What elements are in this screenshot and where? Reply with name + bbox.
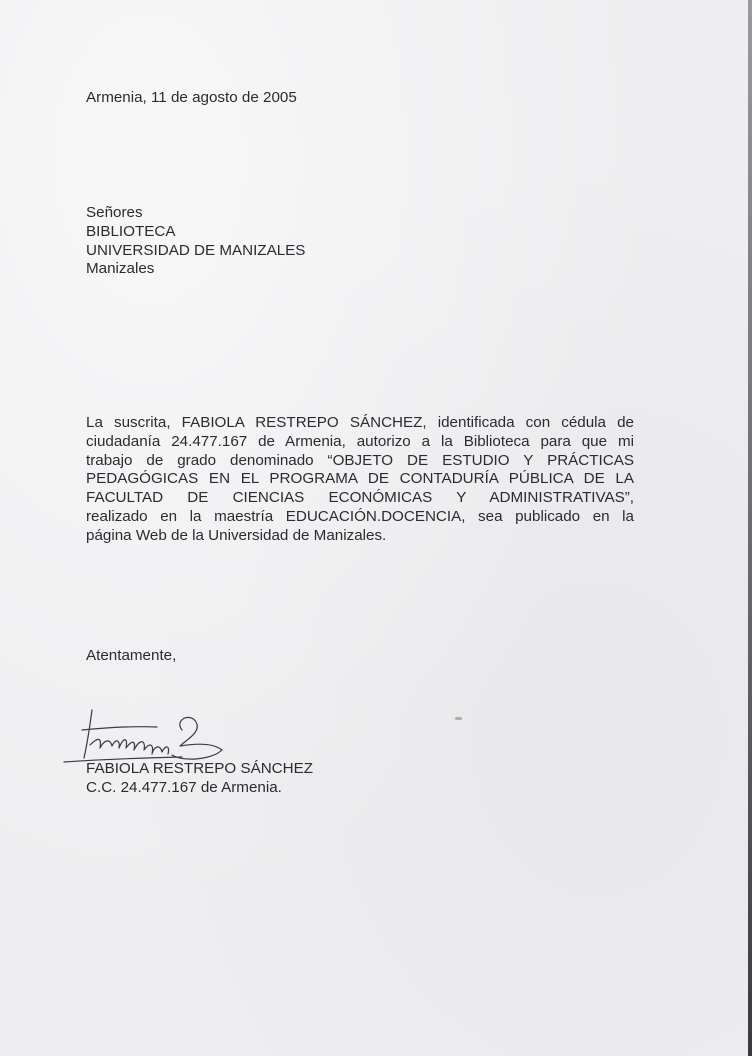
- scan-edge: [748, 0, 752, 1056]
- body-paragraph: La suscrita, FABIOLA RESTREPO SÁNCHEZ, i…: [86, 414, 634, 546]
- closing: Atentamente,: [86, 647, 176, 666]
- recipient-block: Señores BIBLIOTECA UNIVERSIDAD DE MANIZA…: [86, 204, 305, 279]
- body-line: trabajo de grado denominado “OBJETO DE E…: [86, 452, 634, 471]
- body-line: realizado en la maestría EDUCACIÓN.DOCEN…: [86, 508, 634, 527]
- recipient-line1: BIBLIOTECA: [86, 223, 305, 242]
- scanned-letter-page: Armenia, 11 de agosto de 2005 Señores BI…: [0, 0, 748, 1056]
- recipient-city: Manizales: [86, 260, 305, 279]
- recipient-salutation: Señores: [86, 204, 305, 223]
- body-line: PEDAGÓGICAS EN EL PROGRAMA DE CONTADURÍA…: [86, 470, 634, 489]
- scan-artifact: [455, 717, 462, 720]
- signer-id: C.C. 24.477.167 de Armenia.: [86, 779, 282, 798]
- body-line: ciudadanía 24.477.167 de Armenia, autori…: [86, 433, 634, 452]
- body-line: La suscrita, FABIOLA RESTREPO SÁNCHEZ, i…: [86, 414, 634, 433]
- body-line: página Web de la Universidad de Manizale…: [86, 527, 634, 546]
- recipient-line2: UNIVERSIDAD DE MANIZALES: [86, 242, 305, 261]
- place-date: Armenia, 11 de agosto de 2005: [86, 89, 297, 108]
- body-line: FACULTAD DE CIENCIAS ECONÓMICAS Y ADMINI…: [86, 489, 634, 508]
- signer-name: FABIOLA RESTREPO SÁNCHEZ: [86, 760, 313, 779]
